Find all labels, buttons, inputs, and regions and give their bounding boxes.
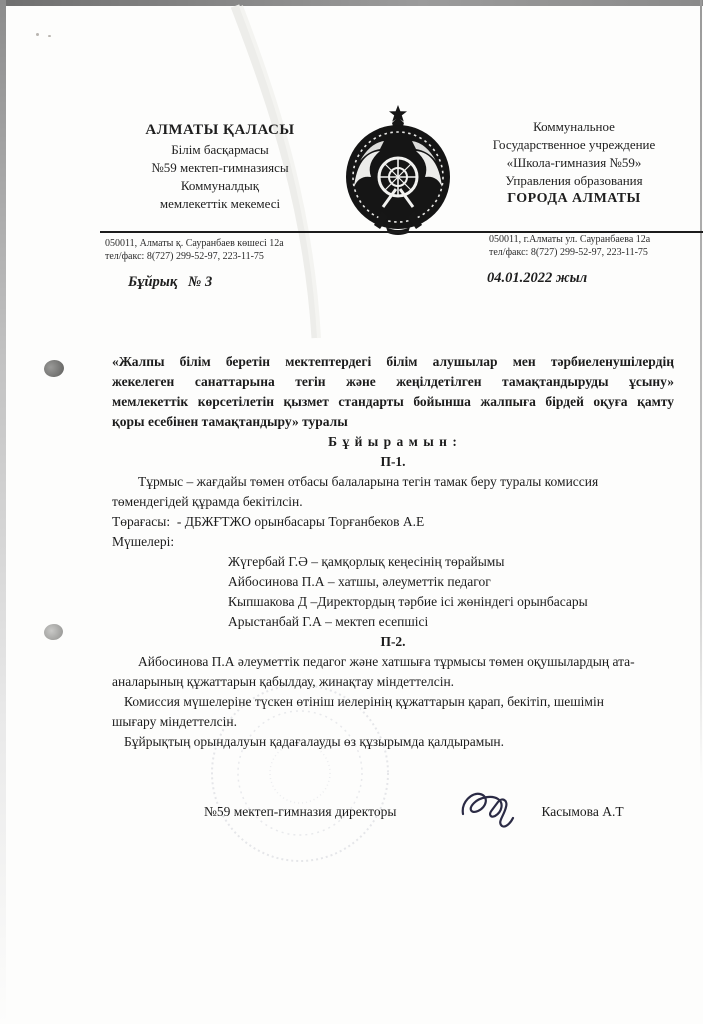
order-number: Бұйрық № 3 (128, 274, 212, 291)
org-line: мемлекеттік мекемесі (108, 195, 332, 213)
commission-member: Арыстанбай Г.А – мектеп есепшісі (112, 612, 674, 632)
subject-line: қоры есебінен тамақтандыру» туралы (112, 412, 674, 432)
commission-member: Айбосинова П.А – хатшы, әлеуметтік педаг… (112, 572, 674, 592)
p1-line: Мүшелері: (112, 532, 674, 552)
point-2-heading: П-2. (112, 632, 674, 652)
p2-line: Комиссия мүшелеріне түскен өтініш иелері… (112, 692, 674, 712)
p2-line: Бұйрықтың орындалуын қадағалауды өз құзы… (112, 732, 674, 752)
signature-row: №59 мектеп-гимназия директоры Касымова А… (112, 768, 674, 856)
address-line: 050011, Алматы қ. Сауранбаев көшесі 12а (105, 237, 284, 250)
scan-speck (48, 35, 51, 37)
p1-line: Төрағасы: - ДБЖҒТЖО орынбасары Торғанбек… (112, 512, 674, 532)
signatory-title: №59 мектеп-гимназия директоры (204, 802, 396, 822)
order-date: 04.01.2022 жыл (487, 270, 587, 287)
p1-line: төмендегідей құрамда бекітілсін. (112, 492, 674, 512)
p2-line: шығару міндеттелсін. (112, 712, 674, 732)
scan-edge-right (700, 0, 702, 780)
letterhead-russian-block: Коммунальное Государственное учреждение … (455, 118, 693, 208)
contact-block-right: 050011, г.Алматы ул. Сауранбаева 12а тел… (489, 233, 650, 259)
hole-punch-mark (43, 623, 64, 641)
coat-of-arms-icon (336, 103, 460, 240)
address-line: 050011, г.Алматы ул. Сауранбаева 12а (489, 233, 650, 246)
subject-line: «Жалпы білім беретін мектептердегі білім… (112, 352, 674, 372)
hole-punch-mark (43, 359, 65, 379)
org-line: №59 мектеп-гимназиясы (108, 159, 332, 177)
org-line: Государственное учреждение (455, 136, 693, 154)
point-1-heading: П-1. (112, 452, 674, 472)
phone-line: тел/факс: 8(727) 299-52-97, 223-11-75 (105, 250, 284, 263)
scan-edge-top (0, 0, 703, 6)
org-city-ru: ГОРОДА АЛМАТЫ (455, 190, 693, 208)
subject-line: жекелеген санаттарына тегін және жеңілде… (112, 372, 674, 392)
phone-line: тел/факс: 8(727) 299-52-97, 223-11-75 (489, 246, 650, 259)
letterhead-kazakh-block: АЛМАТЫ ҚАЛАСЫ Білім басқармасы №59 мекте… (108, 121, 332, 213)
commission-member: Жүгербай Г.Ә – қамқорлық кеңесінің төрай… (112, 552, 674, 572)
org-line: «Школа-гимназия №59» (455, 154, 693, 172)
scan-speck (36, 33, 39, 36)
scanned-order-document: АЛМАТЫ ҚАЛАСЫ Білім басқармасы №59 мекте… (0, 0, 703, 1024)
p2-line: Айбосинова П.А әлеуметтік педагог және х… (112, 652, 674, 672)
scan-edge-left (0, 0, 6, 1024)
org-line: Коммунальное (455, 118, 693, 136)
org-line: Білім басқармасы (108, 141, 332, 159)
org-line: Коммуналдық (108, 177, 332, 195)
commission-member: Кыпшакова Д –Директордың тәрбие ісі жөні… (112, 592, 674, 612)
document-body: «Жалпы білім беретін мектептердегі білім… (112, 352, 674, 856)
org-line: Управления образования (455, 172, 693, 190)
contact-block-left: 050011, Алматы қ. Сауранбаев көшесі 12а … (105, 237, 284, 263)
signatory-name: Касымова А.Т (541, 802, 623, 822)
p1-line: Тұрмыс – жағдайы төмен отбасы балаларына… (112, 472, 674, 492)
subject-line: мемлекеттік көрсетілетін қызмет стандарт… (112, 392, 674, 412)
p2-line: аналарының құжаттарын қабылдау, жинақтау… (112, 672, 674, 692)
resolution-heading: Б ұ й ы р а м ы н : (112, 432, 674, 452)
org-city-kk: АЛМАТЫ ҚАЛАСЫ (108, 121, 332, 139)
signature-icon (432, 768, 517, 856)
